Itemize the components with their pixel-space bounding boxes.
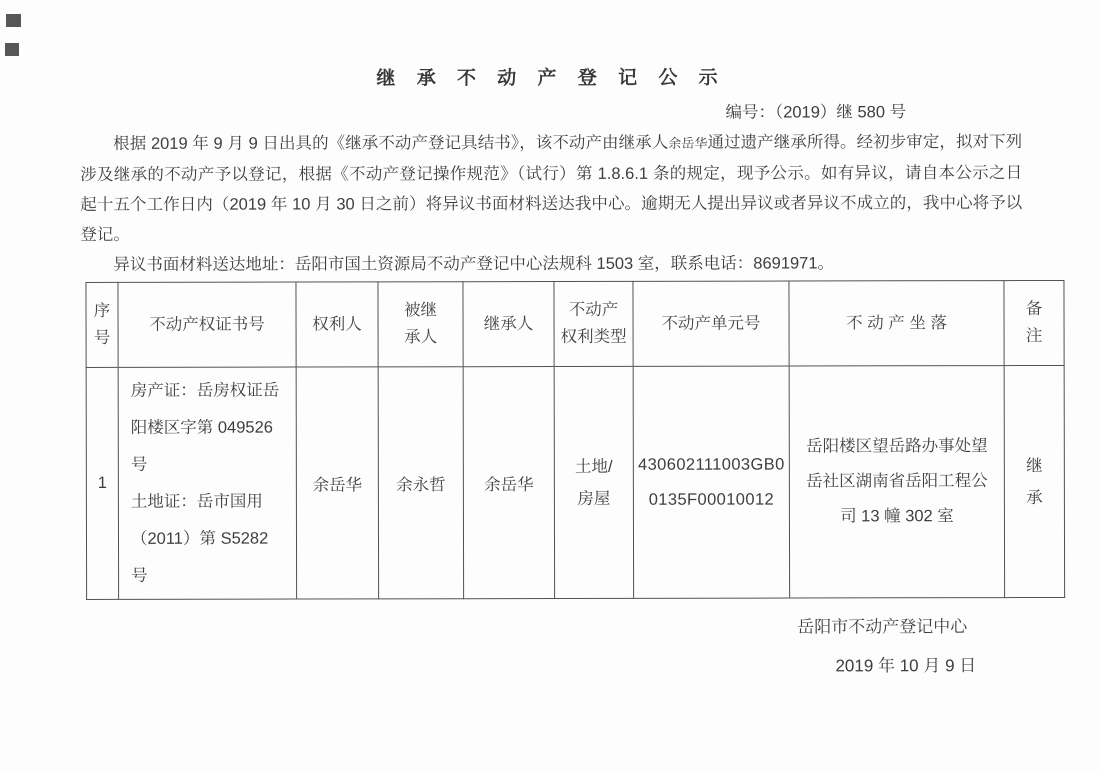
- signoff-date: 2019 年 10 月 9 日: [81, 651, 1023, 678]
- cell-cert-no: 房产证：岳房权证岳阳楼区字第 049526 号 土地证：岳市国用（2011）第 …: [118, 367, 296, 599]
- cell-remark: 继 承: [1004, 365, 1064, 597]
- cell-seq: 1: [86, 367, 118, 599]
- notice-text-before-name: 根据 2019 年 9 月 9 日出具的《继承不动产登记具结书》，该不动产由继承…: [113, 134, 668, 153]
- property-table: 序 号 不动产权证书号 权利人 被继 承人 继承人 不动产 权利类型 不动产单元…: [85, 280, 1065, 600]
- cell-holder: 余岳华: [296, 367, 378, 599]
- table-row: 1 房产证：岳房权证岳阳楼区字第 049526 号 土地证：岳市国用（2011）…: [86, 365, 1064, 599]
- cell-decedent: 余永哲: [378, 367, 463, 599]
- col-header-unit-no: 不动产单元号: [633, 281, 789, 366]
- col-header-remark: 备 注: [1004, 280, 1064, 365]
- col-header-heir: 继承人: [463, 282, 554, 367]
- page-title: 继 承 不 动 产 登 记 公 示: [80, 62, 1022, 91]
- cell-right-type: 土地/ 房屋: [554, 366, 633, 598]
- scan-artifact-mark: [5, 43, 19, 56]
- address-paragraph: 异议书面材料送达地址：岳阳市国土资源局不动产登记中心法规科 1503 室，联系电…: [80, 248, 1022, 280]
- document-content: 继 承 不 动 产 登 记 公 示 编号：（2019）继 580 号 根据 20…: [80, 62, 1023, 678]
- heir-name-inline: 余岳华: [668, 136, 707, 151]
- cell-unit-no: 430602111003GB0 0135F00010012: [633, 366, 789, 598]
- col-header-cert-no: 不动产权证书号: [118, 282, 296, 367]
- table-header-row: 序 号 不动产权证书号 权利人 被继 承人 继承人 不动产 权利类型 不动产单元…: [86, 280, 1064, 367]
- notice-paragraph: 根据 2019 年 9 月 9 日出具的《继承不动产登记具结书》，该不动产由继承…: [80, 127, 1022, 250]
- col-header-holder: 权利人: [296, 282, 378, 367]
- col-header-decedent: 被继 承人: [378, 282, 463, 367]
- cell-heir: 余岳华: [463, 367, 554, 599]
- doc-number: 编号：（2019）继 580 号: [80, 98, 1022, 124]
- col-header-right-type: 不动产 权利类型: [554, 281, 633, 366]
- signoff-issuer: 岳阳市不动产登记中心: [81, 612, 1023, 639]
- cert-land-line: 土地证：岳市国用（2011）第 S5282 号: [131, 483, 288, 594]
- scanned-document-page: 继 承 不 动 产 登 记 公 示 编号：（2019）继 580 号 根据 20…: [0, 0, 1099, 770]
- cell-location: 岳阳楼区望岳路办事处望岳社区湖南省岳阳工程公司 13 幢 302 室: [789, 366, 1004, 598]
- col-header-seq: 序 号: [86, 282, 118, 367]
- col-header-location: 不 动 产 坐 落: [789, 281, 1004, 366]
- cert-house-line: 房产证：岳房权证岳阳楼区字第 049526 号: [131, 372, 288, 483]
- scan-artifact-mark: [6, 14, 21, 27]
